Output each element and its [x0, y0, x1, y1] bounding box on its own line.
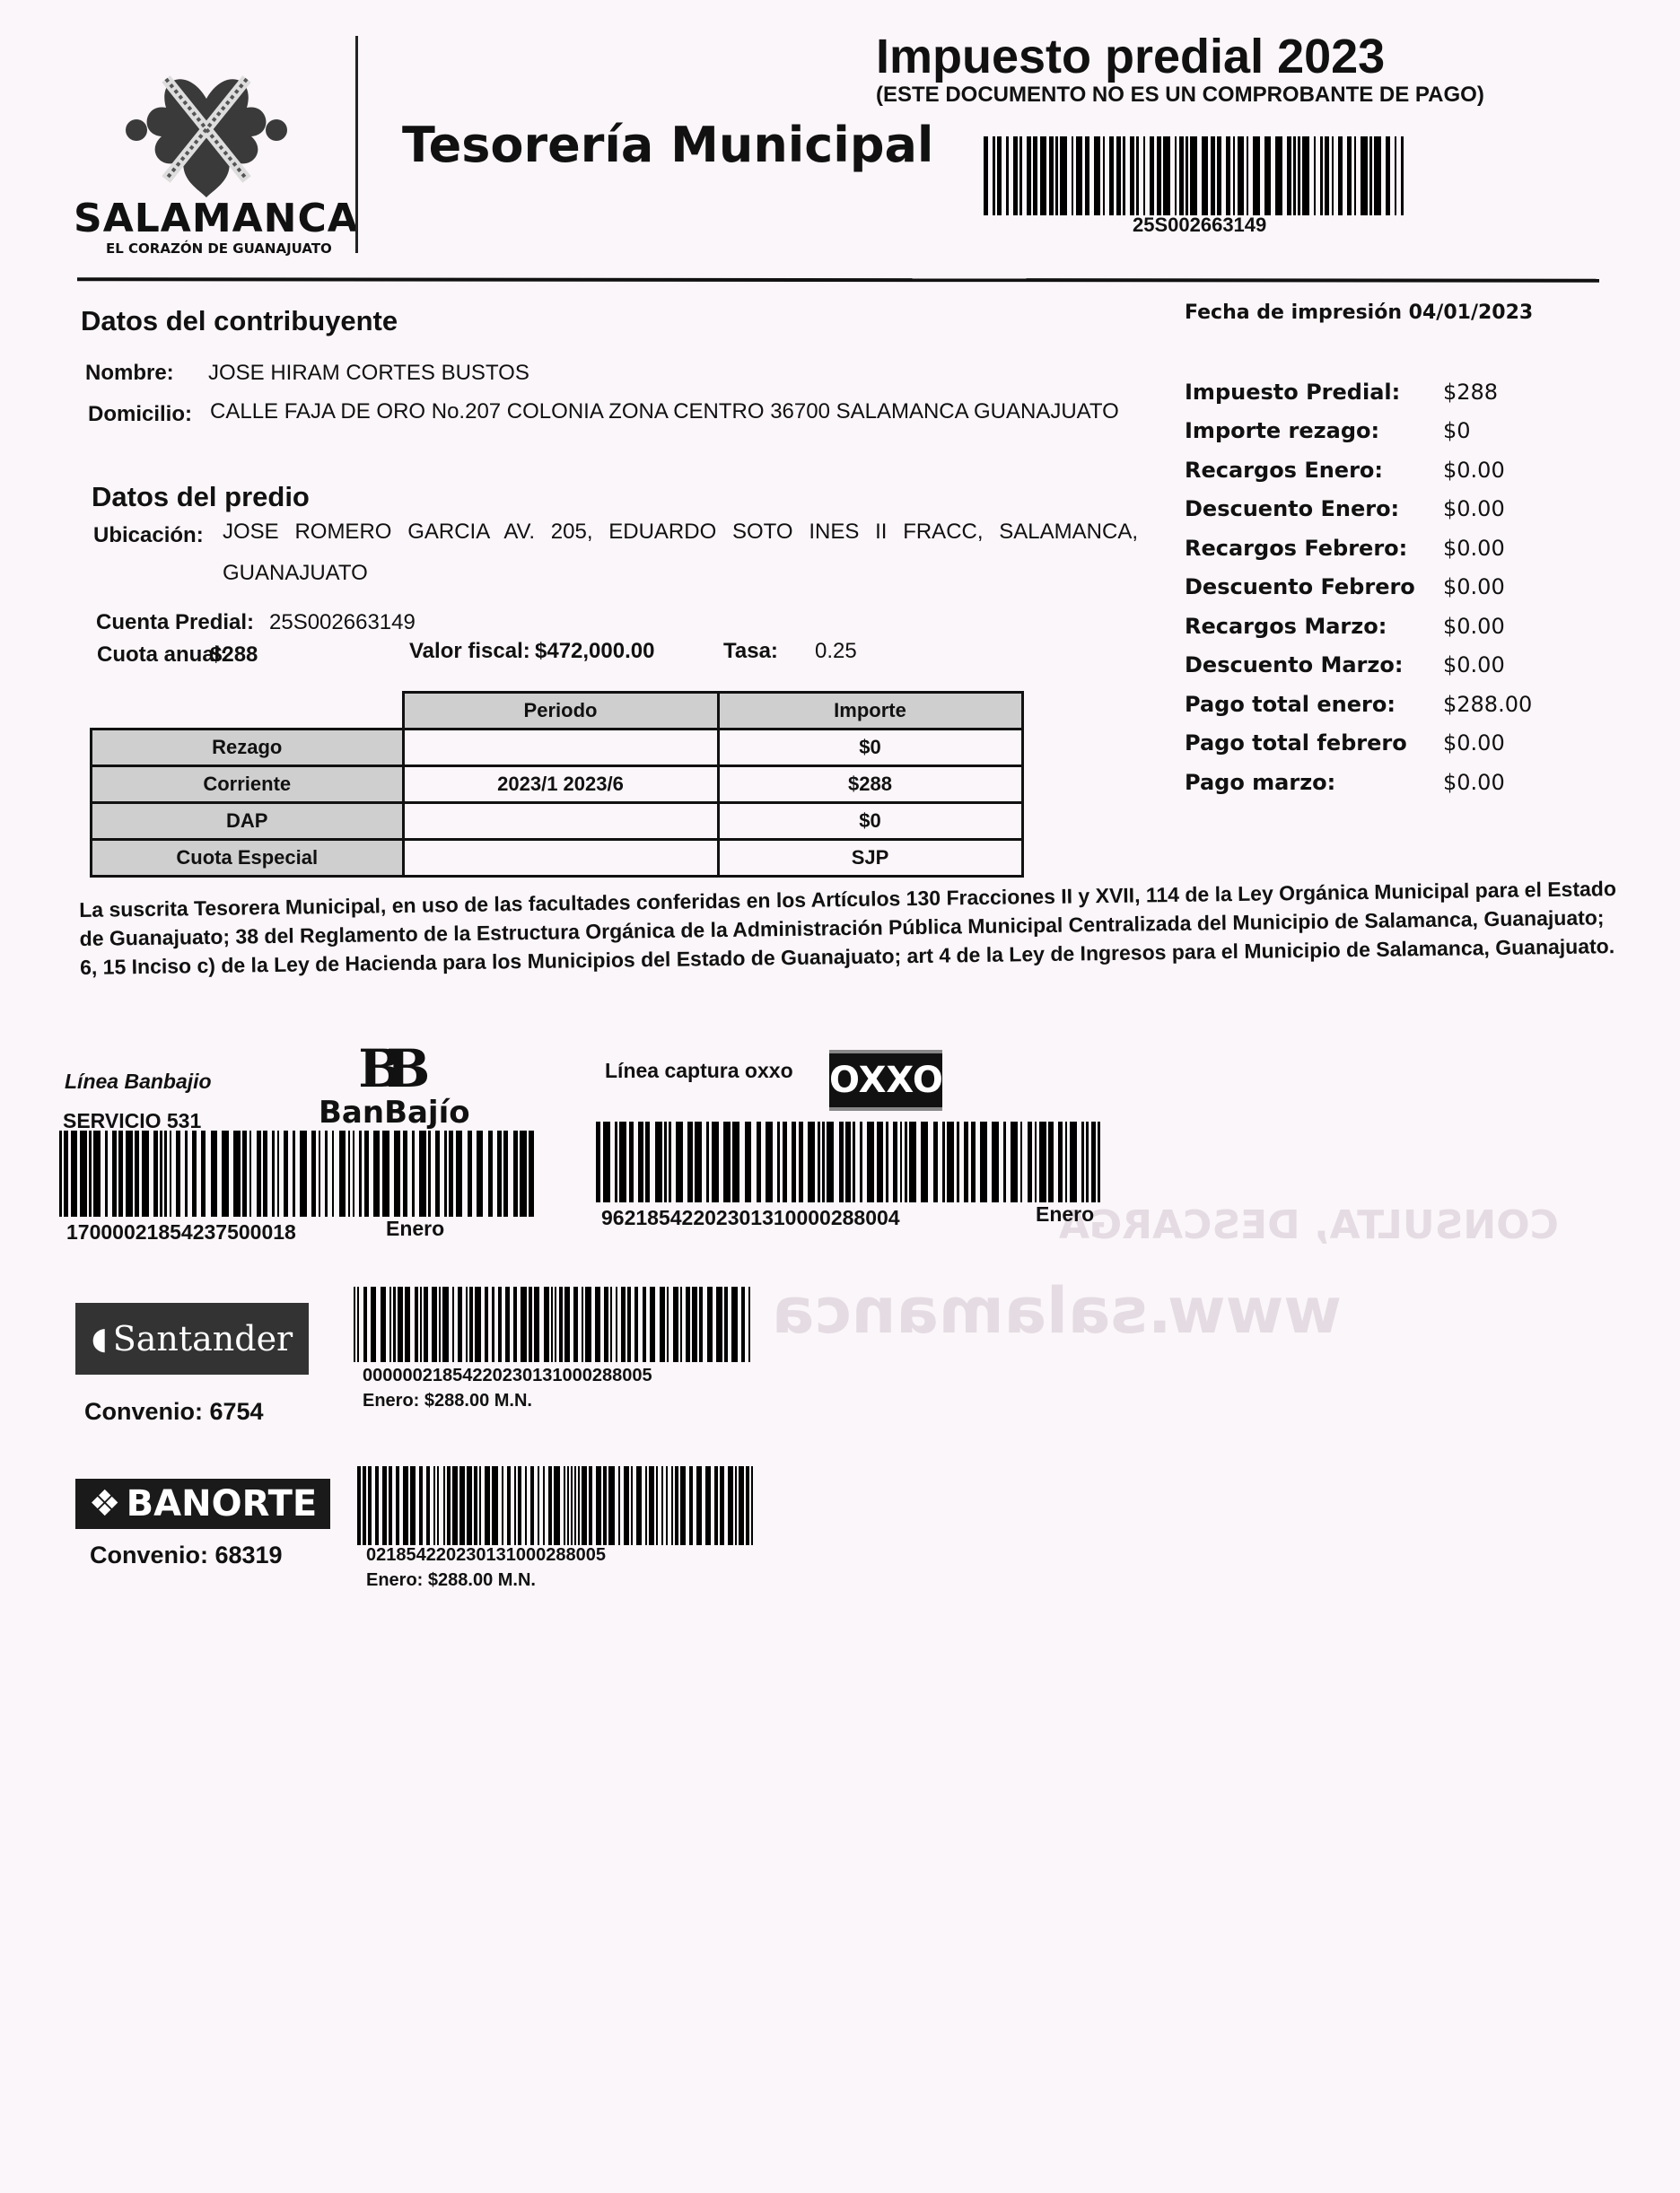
oxxo-barcode — [596, 1122, 1104, 1202]
row-concept: Rezago — [92, 730, 404, 766]
summary-value: $288 — [1443, 380, 1498, 405]
property-section-title: Datos del predio — [92, 481, 310, 513]
row-amount: $288 — [718, 766, 1022, 803]
summary-row: Descuento Marzo:$0.00 — [1185, 646, 1532, 686]
header-rule — [77, 277, 1599, 282]
account-barcode — [984, 136, 1405, 215]
table-row: Cuota Especial SJP — [92, 840, 1023, 877]
row-amount: $0 — [718, 803, 1022, 840]
column-header-amount: Importe — [718, 693, 1022, 730]
row-period — [403, 730, 718, 766]
row-amount: SJP — [718, 840, 1022, 877]
print-date-label: Fecha de impresión — [1185, 301, 1402, 324]
santander-code: 00000021854220230131000288005 — [363, 1366, 652, 1386]
summary-label: Pago total enero: — [1185, 692, 1443, 717]
oxxo-code: 962185422023013100002880​04 — [601, 1206, 900, 1230]
summary-row: Recargos Enero:$0.00 — [1185, 450, 1532, 490]
name-label: Nombre: — [85, 361, 174, 386]
summary-value: $0.00 — [1443, 574, 1505, 599]
banbajio-line-label: Línea Banbajio — [65, 1070, 212, 1094]
salamanca-logo-icon — [126, 63, 287, 202]
summary-value: $288.00 — [1443, 692, 1532, 717]
office-name: Tesorería Municipal — [402, 117, 933, 173]
bleed-through-text: CONSULTA, DESCARGA — [1059, 1202, 1559, 1248]
banbajio-mark-icon: BB — [302, 1043, 470, 1095]
row-period — [403, 840, 718, 877]
address-label: Domicilio: — [88, 402, 192, 427]
row-period — [403, 803, 718, 840]
summary-value: $0.00 — [1443, 652, 1505, 677]
document-title: Impuesto predial 2023 — [876, 29, 1385, 84]
banbajio-barcode — [59, 1131, 537, 1217]
account-label: Cuenta Predial: — [96, 610, 254, 635]
santander-barcode — [354, 1287, 754, 1362]
contributor-address: CALLE FAJA DE ORO No.207 COLONIA ZONA CE… — [210, 391, 1131, 432]
summary-row: Importe rezago:$0 — [1185, 412, 1532, 451]
summary-row: Impuesto Predial:$288 — [1185, 372, 1532, 412]
banbajio-code: 17000021854237500018 — [66, 1220, 296, 1245]
oxxo-line-label: Línea captura oxxo — [605, 1059, 793, 1083]
table-row: Corriente 2023/1 2023/6 $288 — [92, 766, 1023, 803]
row-period: 2023/1 2023/6 — [403, 766, 718, 803]
banorte-code: 021854220230131000288005 — [366, 1545, 606, 1566]
table-row: DAP $0 — [92, 803, 1023, 840]
property-location: JOSE ROMERO GARCIA AV. 205, EDUARDO SOTO… — [223, 511, 1138, 594]
annual-fee-label: Cuota anual: — [97, 642, 227, 668]
summary-row: Pago marzo:$0.00 — [1185, 763, 1532, 802]
table-header-row: Periodo Importe — [92, 693, 1023, 730]
bleed-through-text: www.salamanca — [772, 1274, 1342, 1348]
santander-flame-icon: ◖ — [92, 1321, 108, 1357]
summary-label: Pago marzo: — [1185, 770, 1443, 795]
row-concept: Cuota Especial — [92, 840, 404, 877]
summary-row: Pago total febrero$0.00 — [1185, 724, 1532, 764]
summary-label: Recargos Enero: — [1185, 458, 1443, 483]
summary-value: $0.00 — [1443, 496, 1505, 521]
account-barcode-number: 25S002663149 — [1133, 214, 1266, 237]
summary-row: Pago total enero:$288.00 — [1185, 685, 1532, 724]
banorte-amount: Enero: $288.00 M.N. — [366, 1570, 536, 1591]
banorte-agreement: Convenio: 68319 — [90, 1542, 283, 1569]
legal-text: La suscrita Tesorera Municipal, en uso d… — [79, 874, 1623, 982]
fiscal-value-label: Valor fiscal: — [409, 639, 530, 664]
santander-name: Santander — [113, 1319, 293, 1359]
santander-logo: ◖ Santander — [75, 1303, 309, 1375]
banbajio-name: BanBajío — [319, 1095, 470, 1131]
summary-row: Descuento Febrero$0.00 — [1185, 568, 1532, 607]
print-date: Fecha de impresión 04/01/2023 — [1185, 301, 1533, 324]
banbajio-month: Enero — [386, 1217, 444, 1241]
summary-label: Descuento Marzo: — [1185, 652, 1443, 677]
location-label: Ubicación: — [93, 523, 204, 548]
summary-value: $0.00 — [1443, 770, 1505, 795]
santander-amount: Enero: $288.00 M.N. — [363, 1391, 532, 1411]
municipality-tagline: EL CORAZÓN DE GUANAJUATO — [106, 240, 332, 257]
banorte-symbol-icon: ❖ — [89, 1483, 121, 1525]
summary-label: Descuento Enero: — [1185, 496, 1443, 521]
summary-row: Descuento Enero:$0.00 — [1185, 490, 1532, 529]
summary-value: $0 — [1443, 418, 1471, 443]
summary-value: $0.00 — [1443, 730, 1505, 756]
rate-value: 0.25 — [815, 639, 857, 664]
summary-label: Recargos Marzo: — [1185, 614, 1443, 639]
summary-label: Pago total febrero — [1185, 730, 1443, 756]
annual-fee-value: $288 — [210, 642, 258, 668]
charges-table: Periodo Importe Rezago $0 Corriente 2023… — [90, 691, 1024, 878]
summary-row: Recargos Marzo:$0.00 — [1185, 607, 1532, 646]
row-amount: $0 — [718, 730, 1022, 766]
row-concept: Corriente — [92, 766, 404, 803]
summary-label: Recargos Febrero: — [1185, 536, 1443, 561]
summary-label: Importe rezago: — [1185, 418, 1443, 443]
row-concept: DAP — [92, 803, 404, 840]
summary-label: Descuento Febrero — [1185, 574, 1443, 599]
header-divider — [355, 36, 358, 253]
table-row: Rezago $0 — [92, 730, 1023, 766]
oxxo-month: Enero — [1036, 1202, 1094, 1227]
contributor-section-title: Datos del contribuyente — [81, 305, 398, 337]
summary-label: Impuesto Predial: — [1185, 380, 1443, 405]
rate-label: Tasa: — [723, 639, 778, 664]
column-header-period: Periodo — [403, 693, 718, 730]
account-number: 25S002663149 — [269, 610, 416, 635]
fiscal-value: $472,000.00 — [535, 639, 654, 664]
banorte-barcode — [357, 1466, 756, 1545]
santander-agreement: Convenio: 6754 — [84, 1398, 264, 1426]
document-subtitle: (ESTE DOCUMENTO NO ES UN COMPROBANTE DE … — [876, 83, 1484, 108]
banorte-logo: ❖ BANORTE — [75, 1479, 330, 1529]
contributor-name: JOSE HIRAM CORTES BUSTOS — [208, 361, 529, 386]
summary-value: $0.00 — [1443, 458, 1505, 483]
print-date-value: 04/01/2023 — [1409, 301, 1534, 324]
summary-row: Recargos Febrero:$0.00 — [1185, 529, 1532, 568]
summary-value: $0.00 — [1443, 536, 1505, 561]
banbajio-logo: BB BanBajío — [319, 1043, 470, 1131]
summary-value: $0.00 — [1443, 614, 1505, 639]
municipality-name: SALAMANCA — [74, 196, 359, 241]
banbajio-service: SERVICIO 531 — [63, 1109, 201, 1133]
oxxo-logo: OXXO — [829, 1050, 942, 1111]
payment-summary: Impuesto Predial:$288Importe rezago:$0Re… — [1185, 372, 1532, 802]
banorte-name: BANORTE — [127, 1483, 318, 1525]
